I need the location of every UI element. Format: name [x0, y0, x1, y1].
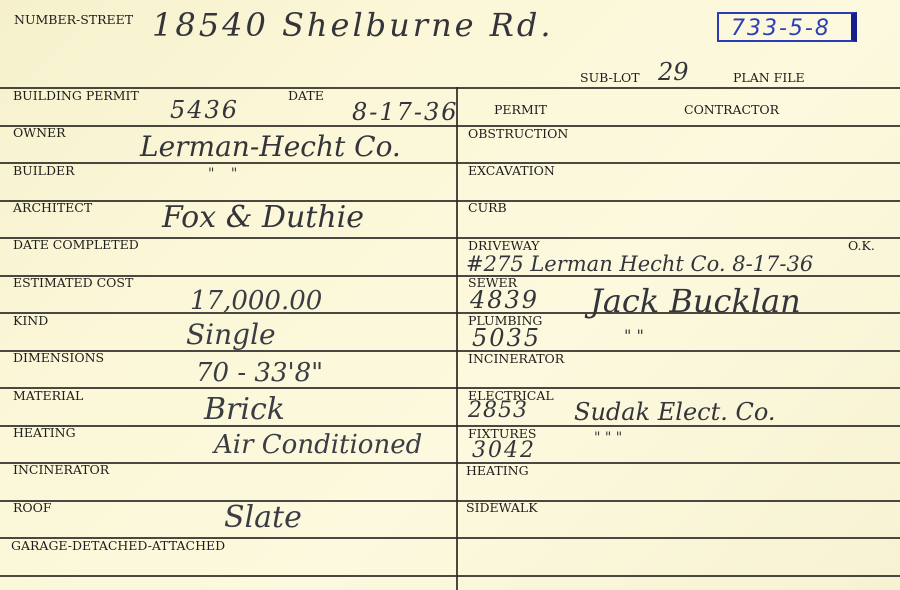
rule [0, 575, 900, 577]
obstruction-label: OBSTRUCTION [468, 126, 568, 141]
rule [0, 387, 900, 389]
right-heating-label: HEATING [466, 463, 529, 478]
dimensions-value: 70 - 33'8" [196, 358, 323, 388]
file-number-stamp: 733-5-8 [717, 12, 857, 42]
sub-lot-value: 29 [658, 58, 689, 86]
rule [0, 350, 900, 352]
electrical-contractor: Sudak Elect. Co. [574, 398, 776, 426]
sub-lot-label: SUB-LOT [580, 70, 640, 85]
number-street-value: 18540 Shelburne Rd. [152, 6, 554, 44]
roof-value: Slate [224, 500, 302, 535]
driveway-value: #275 Lerman Hecht Co. 8-17-36 [466, 252, 813, 276]
contractor-column-header: CONTRACTOR [684, 102, 779, 117]
estimated-cost-value: 17,000.00 [190, 286, 322, 316]
right-incinerator-label: INCINERATOR [468, 351, 564, 366]
builder-value: " " [208, 166, 243, 182]
column-divider [456, 87, 458, 590]
estimated-cost-label: ESTIMATED COST [13, 275, 133, 290]
architect-label: ARCHITECT [13, 200, 92, 215]
kind-label: KIND [13, 313, 48, 328]
electrical-permit: 2853 [468, 398, 528, 423]
building-permit-card: NUMBER-STREET 18540 Shelburne Rd. 733-5-… [0, 0, 900, 590]
rule [0, 462, 900, 464]
material-label: MATERIAL [13, 388, 83, 403]
rule [0, 162, 900, 164]
plumbing-permit: 5035 [472, 324, 541, 352]
sewer-contractor: Jack Bucklan [590, 282, 801, 320]
date-completed-label: DATE COMPLETED [13, 237, 139, 252]
date-label: DATE [288, 88, 324, 103]
driveway-label: DRIVEWAY [468, 238, 540, 253]
building-permit-value: 5436 [170, 96, 239, 124]
fixtures-contractor-ditto: " " " [594, 430, 622, 446]
rule [0, 500, 900, 502]
material-value: Brick [204, 392, 285, 427]
excavation-label: EXCAVATION [468, 163, 555, 178]
building-permit-label: BUILDING PERMIT [13, 88, 139, 103]
heating-value: Air Conditioned [214, 430, 422, 460]
permit-column-header: PERMIT [494, 102, 547, 117]
incinerator-label: INCINERATOR [13, 462, 109, 477]
garage-label: GARAGE-DETACHED-ATTACHED [11, 538, 225, 553]
fixtures-permit: 3042 [472, 438, 536, 463]
architect-value: Fox & Duthie [162, 200, 364, 235]
sidewalk-label: SIDEWALK [466, 500, 538, 515]
dimensions-label: DIMENSIONS [13, 350, 104, 365]
curb-label: CURB [468, 200, 507, 215]
date-value: 8-17-36 [352, 98, 459, 126]
roof-label: ROOF [13, 500, 52, 515]
number-street-label: NUMBER-STREET [14, 12, 133, 27]
rule [0, 200, 900, 202]
kind-value: Single [186, 318, 276, 351]
plan-file-label: PLAN FILE [733, 70, 805, 85]
owner-label: OWNER [13, 125, 66, 140]
sewer-permit: 4839 [470, 286, 539, 314]
plumbing-contractor-ditto: " " [624, 326, 644, 345]
owner-value: Lerman-Hecht Co. [140, 130, 401, 163]
heating-label: HEATING [13, 425, 76, 440]
driveway-ok: O.K. [848, 238, 875, 253]
builder-label: BUILDER [13, 163, 75, 178]
